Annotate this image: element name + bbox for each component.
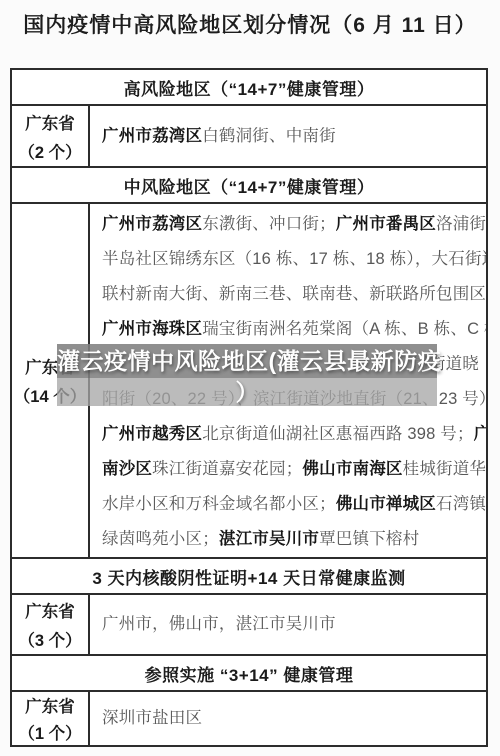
province-name: 广东省 [25,598,75,622]
street-detail: 水岸小区和万科金域名都小区； [102,495,336,513]
table-row: 广东省 （3 个） 广州市，佛山市，湛江市吴川市 [12,595,486,656]
district-name: 湛江市吴川市 [219,530,319,548]
area-text-line: 广州市越秀区北京街道仙湖社区惠福西路 398 号；广州市 [102,417,482,452]
district-name: 南沙区 [102,460,152,478]
area-text-line: 绿茵鸣苑小区；湛江市吴川市覃巴镇下榕村 [102,522,482,557]
page-title: 国内疫情中高风险地区划分情况（6 月 11 日） [0,9,500,39]
table-row: 广东省 （14 个） 广州市荔湾区东漖街、冲口街；广州市番禺区洛浦街锦绣半岛社区… [12,204,486,559]
district-name: 广州市荔湾区 [102,127,202,145]
reference-section-header: 参照实施 “3+14” 健康管理 [12,656,486,692]
area-text-line: 深圳市盐田区 [102,701,482,736]
street-detail: 深圳市盐田区 [102,709,202,727]
area-text-line: 半岛社区锦绣东区（16 栋、17 栋、18 栋），大石街道北 [102,242,482,277]
table-row: 广东省 （2 个） 广州市荔湾区白鹤洞街、中南街 [12,106,486,168]
district-name: 佛山市南海区 [302,460,402,478]
area-text-line: 水岸小区和万科金域名都小区；佛山市禅城区石湾镇街道 [102,487,482,522]
district-name: 广州市越秀区 [102,425,202,443]
street-detail: 珠江街道嘉安花园； [152,460,302,478]
street-detail: 覃巴镇下榕村 [319,530,419,548]
province-name: 广东省 [25,354,75,378]
high-risk-section-header: 高风险地区（“14+7”健康管理） [12,70,486,106]
street-detail: 半岛社区锦绣东区（16 栋、17 栋、18 栋），大石街道北 [102,250,486,268]
area-list-cell: 广州市荔湾区东漖街、冲口街；广州市番禺区洛浦街锦绣半岛社区锦绣东区（16 栋、1… [90,204,486,557]
area-list-cell: 深圳市盐田区 [90,692,486,745]
nucleic-test-section-header: 3 天内核酸阴性证明+14 天日常健康监测 [12,559,486,595]
province-cell: 广东省 （2 个） [12,106,90,166]
area-list-cell: 广州市荔湾区白鹤洞街、中南街 [90,106,486,166]
area-text-line: 阳街（20、22 号）、滨江街道沙地直街（21、23 号）； [102,382,482,417]
street-detail: 桂城街道华福御 [403,460,486,478]
area-count: （14 个） [14,383,86,407]
mid-risk-section-header: 中风险地区（“14+7”健康管理） [12,168,486,204]
table-row: 广东省 （1 个） 深圳市盐田区 [12,692,486,745]
area-count: （2 个） [18,139,81,163]
street-detail: 北京街道仙湖社区惠福西路 398 号； [202,425,474,443]
street-detail: 联村新南大街、新南三巷、联南巷、新联路所包围区域； [102,285,486,303]
area-text-line: 南沙区珠江街道嘉安花园；佛山市南海区桂城街道华福御 [102,452,482,487]
document-page: 国内疫情中高风险地区划分情况（6 月 11 日） 高风险地区（“14+7”健康管… [0,0,500,756]
street-detail: 岗街道晓 [412,355,479,373]
area-text-line: 广州市荔湾区白鹤洞街、中南街 [102,119,482,154]
street-detail: 瑞宝街南洲名苑棠阁（A 栋、B 栋、C 栋）、 [202,320,486,338]
risk-area-table: 高风险地区（“14+7”健康管理） 广东省 （2 个） 广州市荔湾区白鹤洞街、中… [10,68,488,747]
province-name: 广东省 [25,110,75,134]
province-name: 广东省 [25,693,75,717]
area-text-line: 联村新南大街、新南三巷、联南巷、新联路所包围区域； [102,277,482,312]
street-detail: 白鹤洞街、中南街 [202,127,336,145]
district-name: 广州市荔湾区 [102,215,202,233]
street-detail: 广州市，佛山市，湛江市吴川市 [102,615,336,633]
street-detail: 洛浦街锦绣 [436,215,486,233]
area-list-cell: 广州市，佛山市，湛江市吴川市 [90,595,486,654]
street-detail: 石湾镇街道 [436,495,486,513]
district-name: 广州市 [474,425,486,443]
area-count: （1 个） [18,720,81,744]
area-text-line: 广州市荔湾区东漖街、冲口街；广州市番禺区洛浦街锦绣 [102,207,482,242]
area-text-line: 岗街道晓 [102,347,482,382]
street-detail: 阳街（20、22 号）、滨江街道沙地直街（21、23 号）； [102,390,486,408]
province-cell: 广东省 （14 个） [12,204,90,557]
district-name: 广州市番禺区 [336,215,436,233]
province-cell: 广东省 （1 个） [12,692,90,745]
district-name: 广州市海珠区 [102,320,202,338]
area-count: （3 个） [18,627,81,651]
street-detail: 东漖街、冲口街； [202,215,336,233]
district-name: 佛山市禅城区 [336,495,436,513]
area-text-line: 广州市，佛山市，湛江市吴川市 [102,607,482,642]
street-detail: 绿茵鸣苑小区； [102,530,219,548]
area-text-line: 广州市海珠区瑞宝街南洲名苑棠阁（A 栋、B 栋、C 栋）、 [102,312,482,347]
province-cell: 广东省 （3 个） [12,595,90,654]
